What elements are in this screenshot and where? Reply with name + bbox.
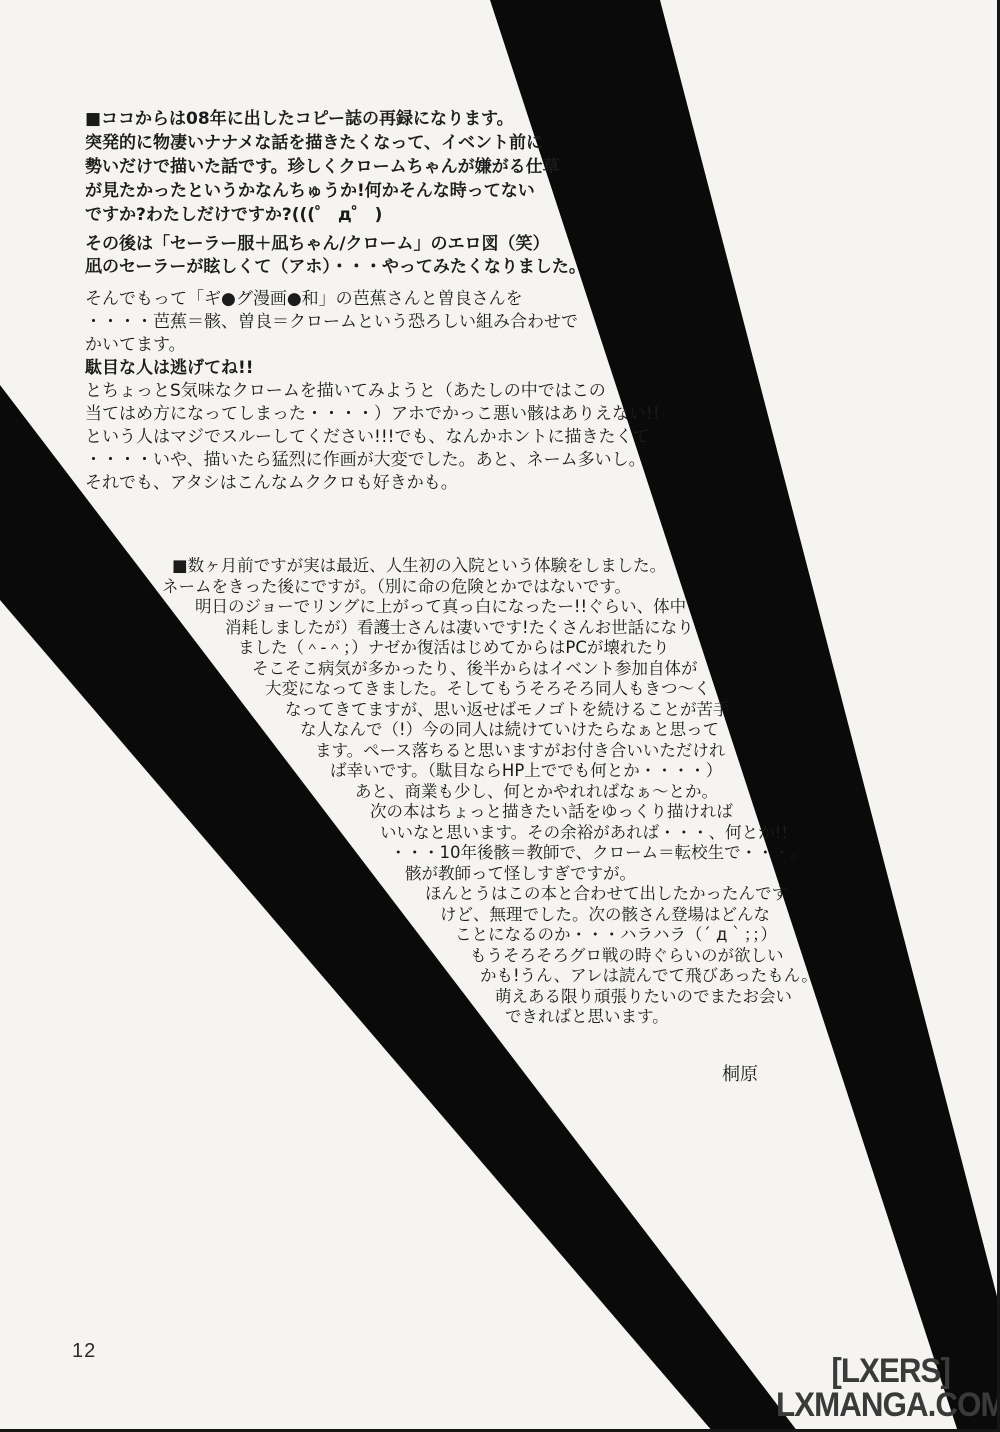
text-line: ■ココからは08年に出したコピー誌の再録になります。 [85, 107, 560, 131]
author-signature: 桐原 [722, 1060, 758, 1086]
text-line: ました（＾-＾；）ナゼか復活はじめてからはPCが壊れたり [238, 638, 818, 659]
paragraph-parody-warning: そんでもって「ギ●グ漫画●和」の芭蕉さんと曽良さんを・・・・芭蕉＝骸、曽良＝クロ… [85, 288, 660, 495]
text-line: が見たかったというかなんちゅうか!何かそんな時ってない [85, 179, 560, 203]
text-line: な人なんで（!）今の同人は続けていけたらなぁと思って [300, 720, 818, 741]
text-line: ・・・・いや、描いたら猛烈に作画が大変でした。あと、ネーム多いし。 [85, 449, 660, 472]
text-line: なってきてますが、思い返せばモノゴトを続けることが苦手 [285, 700, 818, 721]
text-line: かいてます。 [85, 334, 660, 357]
text-line: その後は「セーラー服＋凪ちゃん/クローム」のエロ図（笑） [85, 233, 586, 256]
text-line: そこそこ病気が多かったり、後半からはイベント参加自体が [252, 659, 818, 680]
text-line: 駄目な人は逃げてね!! [85, 357, 660, 380]
paragraph-hospital-afterword: ■数ヶ月前ですが実は最近、人生初の入院という体験をしました。ネームをきった後にで… [160, 556, 818, 1028]
paragraph-sailor-outfit: その後は「セーラー服＋凪ちゃん/クローム」のエロ図（笑）凪のセーラーが眩しくて（… [85, 233, 586, 279]
scanned-doujinshi-page: ■ココからは08年に出したコピー誌の再録になります。突発的に物凄いナナメな話を描… [0, 0, 1000, 1432]
text-line: ば幸いです。（駄目ならHP上ででも何とか・・・・） [330, 761, 818, 782]
text-line: ネームをきった後にですが。（別に命の危険とかではないです。 [162, 577, 818, 598]
watermark-lxmanga: LXMANGA.COM [776, 1386, 1000, 1425]
text-line: 突発的に物凄いナナメな話を描きたくなって、イベント前に [85, 131, 560, 155]
text-line: ですか?わたしだけですか?(((゜ д゜ ) [85, 203, 560, 227]
text-line: ・・・10年後骸＝教師で、クローム＝転校生で・・・。 [390, 843, 818, 864]
text-line: ■数ヶ月前ですが実は最近、人生初の入院という体験をしました。 [172, 556, 818, 577]
text-line: ・・・・芭蕉＝骸、曽良＝クロームという恐ろしい組み合わせで [85, 311, 660, 334]
text-line: 大変になってきました。そしてもうそろそろ同人もきつ〜く [265, 679, 818, 700]
text-line: いいなと思います。その余裕があれば・・・、何とか!! [380, 823, 818, 844]
text-line: できればと思います。 [505, 1007, 818, 1028]
text-line: ほんとうはこの本と合わせて出したかったんです [425, 884, 818, 905]
text-line: ます。ペース落ちると思いますがお付き合いいただけれ [315, 741, 818, 762]
text-line: という人はマジでスルーしてください!!!でも、なんかホントに描きたくて [85, 426, 660, 449]
paragraph-copy-book-intro: ■ココからは08年に出したコピー誌の再録になります。突発的に物凄いナナメな話を描… [85, 107, 560, 227]
text-line: そんでもって「ギ●グ漫画●和」の芭蕉さんと曽良さんを [85, 288, 660, 311]
text-line: もうそろそろグロ戦の時ぐらいのが欲しい [470, 946, 818, 967]
text-line: 骸が教師って怪しすぎですが。 [405, 864, 818, 885]
text-line: 次の本はちょっと描きたい話をゆっくり描ければ [370, 802, 818, 823]
text-line: 凪のセーラーが眩しくて（アホ）・・・やってみたくなりました。 [85, 256, 586, 279]
text-line: 明日のジョーでリングに上がって真っ白になったー!!ぐらい、体中 [195, 597, 818, 618]
text-line: あと、商業も少し、何とかやれればなぁ〜とか。 [355, 782, 818, 803]
page-number: 12 [72, 1340, 96, 1363]
text-line: それでも、アタシはこんなムククロも好きかも。 [85, 472, 660, 495]
text-line: 消耗しましたが）看護士さんは凄いです!たくさんお世話になり [225, 618, 818, 639]
text-line: 当てはめ方になってしまった・・・・）アホでかっこ悪い骸はありえない!! [85, 403, 660, 426]
text-line: 萌えある限り頑張りたいのでまたお会い [495, 987, 818, 1008]
text-line: けど、無理でした。次の骸さん登場はどんな [440, 905, 818, 926]
text-line: 勢いだけで描いた話です。珍しくクロームちゃんが嫌がる仕草 [85, 155, 560, 179]
text-line: かも!うん、アレは読んでて飛びあったもん。 [480, 966, 818, 987]
text-line: ことになるのか・・・ハラハラ（´ д｀；；） [455, 925, 818, 946]
text-line: とちょっとS気味なクロームを描いてみようと（あたしの中ではこの [85, 380, 660, 403]
